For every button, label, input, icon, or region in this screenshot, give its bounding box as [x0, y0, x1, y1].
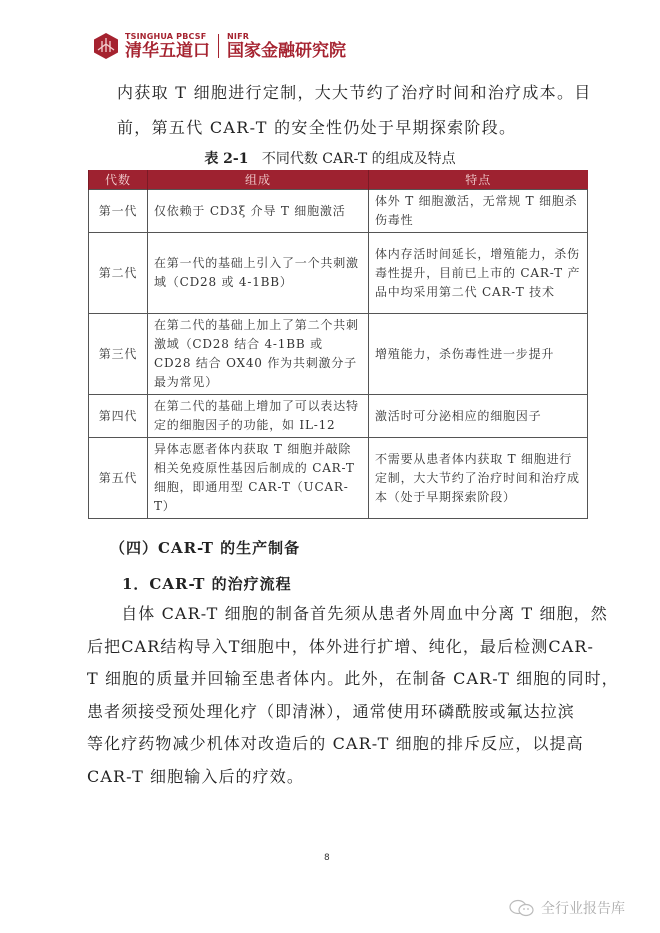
body-line: 患者须接受预处理化疗（即清淋），通常使用环磷酰胺或氟达拉滨	[87, 696, 592, 729]
composition-cell: 在第二代的基础上增加了可以表达特定的细胞因子的功能，如 IL-12	[148, 395, 369, 438]
subsection-heading: 1．CAR-T 的治疗流程	[122, 573, 292, 594]
watermark: 全行业报告库	[509, 898, 625, 918]
composition-cell: 异体志愿者体内获取 T 细胞并敲除相关免疫原性基因后制成的 CAR-T 细胞，即…	[148, 438, 369, 519]
logo-en: TSINGHUA PBCSF	[125, 33, 210, 41]
table-row: 第二代 在第一代的基础上引入了一个共刺激域（CD28 或 4-1BB） 体内存活…	[89, 233, 588, 314]
features-cell: 增殖能力，杀伤毒性进一步提升	[369, 314, 588, 395]
table-row: 第五代 异体志愿者体内获取 T 细胞并敲除相关免疫原性基因后制成的 CAR-T …	[89, 438, 588, 519]
table-row: 第四代 在第二代的基础上增加了可以表达特定的细胞因子的功能，如 IL-12 激活…	[89, 395, 588, 438]
column-header-features: 特点	[369, 170, 588, 190]
generation-cell: 第二代	[89, 233, 148, 314]
features-cell: 不需要从患者体内获取 T 细胞进行定制，大大节约了治疗时间和治疗成本（处于早期探…	[369, 438, 588, 519]
table-caption-text: 不同代数 CAR-T 的组成及特点	[262, 151, 456, 167]
body-line: CAR-T 细胞输入后的疗效。	[87, 761, 592, 794]
org-en: NIFR	[227, 33, 346, 41]
car-t-generations-table: 代数 组成 特点 第一代 仅依赖于 CD3ξ 介导 T 细胞激活 体外 T 细胞…	[88, 170, 588, 519]
composition-cell: 在第二代的基础上加上了第二个共刺激域（CD28 结合 4-1BB 或 CD28 …	[148, 314, 369, 395]
composition-cell: 在第一代的基础上引入了一个共刺激域（CD28 或 4-1BB）	[148, 233, 369, 314]
intro-line-1: 内获取 T 细胞进行定制，大大节约了治疗时间和治疗成本。目	[117, 77, 592, 108]
generation-cell: 第五代	[89, 438, 148, 519]
body-line: T 细胞的质量并回输至患者体内。此外，在制备 CAR-T 细胞的同时，	[87, 663, 592, 696]
column-header-generation: 代数	[89, 170, 148, 190]
body-line: 后把CAR结构导入T细胞中，体外进行扩增、纯化，最后检测CAR-	[87, 631, 592, 664]
column-header-composition: 组成	[148, 170, 369, 190]
logo-cn: 清华五道口	[125, 43, 210, 60]
generation-cell: 第四代	[89, 395, 148, 438]
table-row: 第三代 在第二代的基础上加上了第二个共刺激域（CD28 结合 4-1BB 或 C…	[89, 314, 588, 395]
features-cell: 激活时可分泌相应的细胞因子	[369, 395, 588, 438]
watermark-text: 全行业报告库	[541, 898, 625, 918]
section-heading: （四）CAR-T 的生产制备	[110, 537, 300, 558]
generation-cell: 第三代	[89, 314, 148, 395]
table-caption: 表 2-1 不同代数 CAR-T 的组成及特点	[0, 148, 660, 168]
table-row: 第一代 仅依赖于 CD3ξ 介导 T 细胞激活 体外 T 细胞激活，无常规 T …	[89, 190, 588, 233]
body-paragraph: 自体 CAR-T 细胞的制备首先须从患者外周血中分离 T 细胞，然 后把CAR结…	[87, 598, 592, 793]
body-line: 自体 CAR-T 细胞的制备首先须从患者外周血中分离 T 细胞，然	[87, 598, 592, 631]
features-cell: 体内存活时间延长，增殖能力，杀伤毒性提升，目前已上市的 CAR-T 产品中均采用…	[369, 233, 588, 314]
table-caption-number: 表 2-1	[204, 151, 248, 167]
page-number: 8	[324, 853, 330, 863]
logo-divider	[218, 34, 219, 58]
table-header-row: 代数 组成 特点	[89, 170, 588, 190]
features-cell: 体外 T 细胞激活，无常规 T 细胞杀伤毒性	[369, 190, 588, 233]
tsinghua-logo-icon	[93, 32, 119, 60]
intro-line-2: 前，第五代 CAR-T 的安全性仍处于早期探索阶段。	[117, 112, 516, 143]
generation-cell: 第一代	[89, 190, 148, 233]
org-cn: 国家金融研究院	[227, 43, 346, 60]
wechat-icon	[509, 899, 535, 917]
logo: TSINGHUA PBCSF 清华五道口 NIFR 国家金融研究院	[93, 30, 346, 62]
body-line: 等化疗药物减少机体对改造后的 CAR-T 细胞的排斥反应，以提高	[87, 728, 592, 761]
composition-cell: 仅依赖于 CD3ξ 介导 T 细胞激活	[148, 190, 369, 233]
